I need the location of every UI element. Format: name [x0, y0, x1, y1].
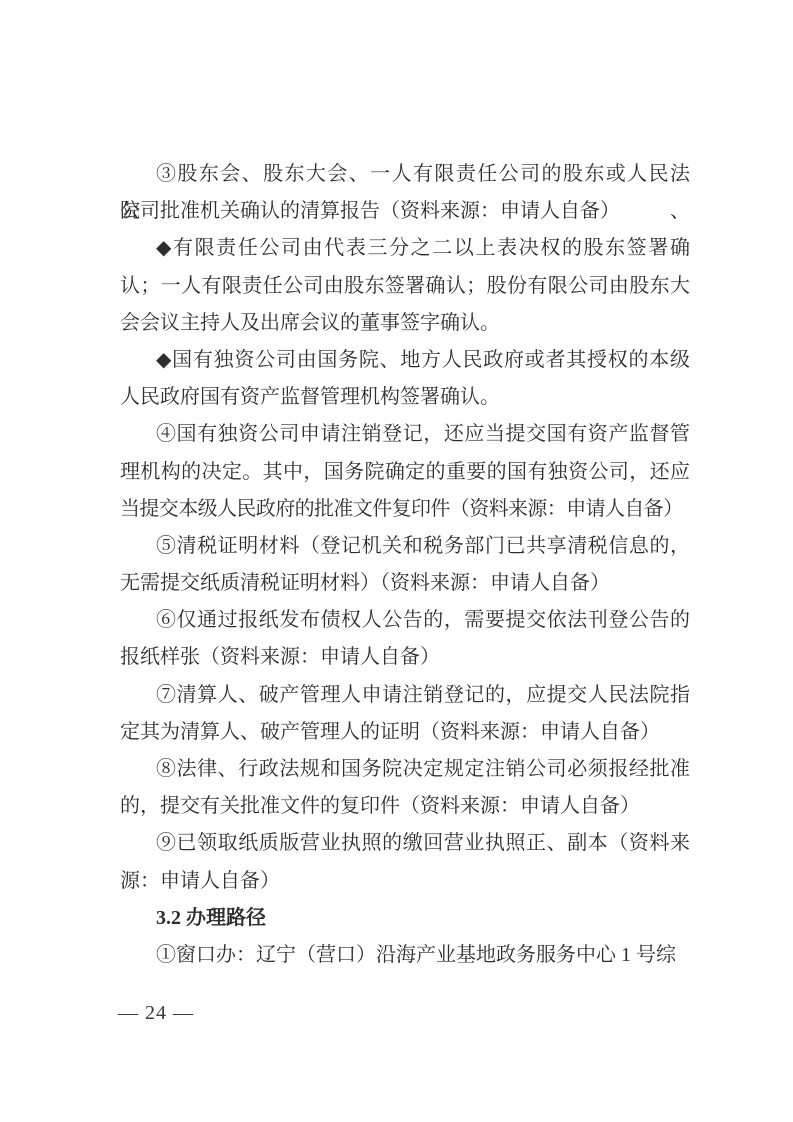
text-line: ⑦清算人、破产管理人申请注销登记的，应提交人民法院指	[120, 677, 690, 714]
text-line: 报纸样张（资料来源：申请人自备）	[120, 639, 690, 676]
text-line: ⑥仅通过报纸发布债权人公告的，需要提交依法刊登公告的	[120, 602, 690, 639]
section-heading: 3.2 办理路径	[120, 900, 690, 937]
text-line: 源：申请人自备）	[120, 863, 690, 900]
text-line: 公司批准机关确认的清算报告（资料来源：申请人自备）	[120, 193, 690, 230]
text-line: 人民政府国有资产监督管理机构签署确认。	[120, 379, 690, 416]
text-line: 会会议主持人及出席会议的董事签字确认。	[120, 305, 690, 342]
text-line: ◆有限责任公司由代表三分之二以上表决权的股东签署确	[120, 230, 690, 267]
text-line: ①窗口办：辽宁（营口）沿海产业基地政务服务中心 1 号综	[120, 937, 690, 974]
text-line: ③股东会、股东大会、一人有限责任公司的股东或人民法院、	[120, 156, 690, 193]
text-line: 当提交本级人民政府的批准文件复印件（资料来源：申请人自备）	[120, 491, 690, 528]
text-line: 无需提交纸质清税证明材料）（资料来源：申请人自备）	[120, 565, 690, 602]
page-number: — 24 —	[118, 1002, 194, 1025]
text-line: ⑤清税证明材料（登记机关和税务部门已共享清税信息的，	[120, 528, 690, 565]
text-line: 的，提交有关批准文件的复印件（资料来源：申请人自备）	[120, 788, 690, 825]
text-line: 定其为清算人、破产管理人的证明（资料来源：申请人自备）	[120, 714, 690, 751]
text-line: ◆国有独资公司由国务院、地方人民政府或者其授权的本级	[120, 342, 690, 379]
document-body: ③股东会、股东大会、一人有限责任公司的股东或人民法院、 公司批准机关确认的清算报…	[120, 156, 690, 974]
text-line: ⑨已领取纸质版营业执照的缴回营业执照正、副本（资料来	[120, 825, 690, 862]
text-line: 理机构的决定。其中，国务院确定的重要的国有独资公司，还应	[120, 454, 690, 491]
text-line: 认；一人有限责任公司由股东签署确认；股份有限公司由股东大	[120, 268, 690, 305]
document-page: ③股东会、股东大会、一人有限责任公司的股东或人民法院、 公司批准机关确认的清算报…	[0, 0, 793, 1122]
text-line: ⑧法律、行政法规和国务院决定规定注销公司必须报经批准	[120, 751, 690, 788]
text-line: ④国有独资公司申请注销登记，还应当提交国有资产监督管	[120, 416, 690, 453]
